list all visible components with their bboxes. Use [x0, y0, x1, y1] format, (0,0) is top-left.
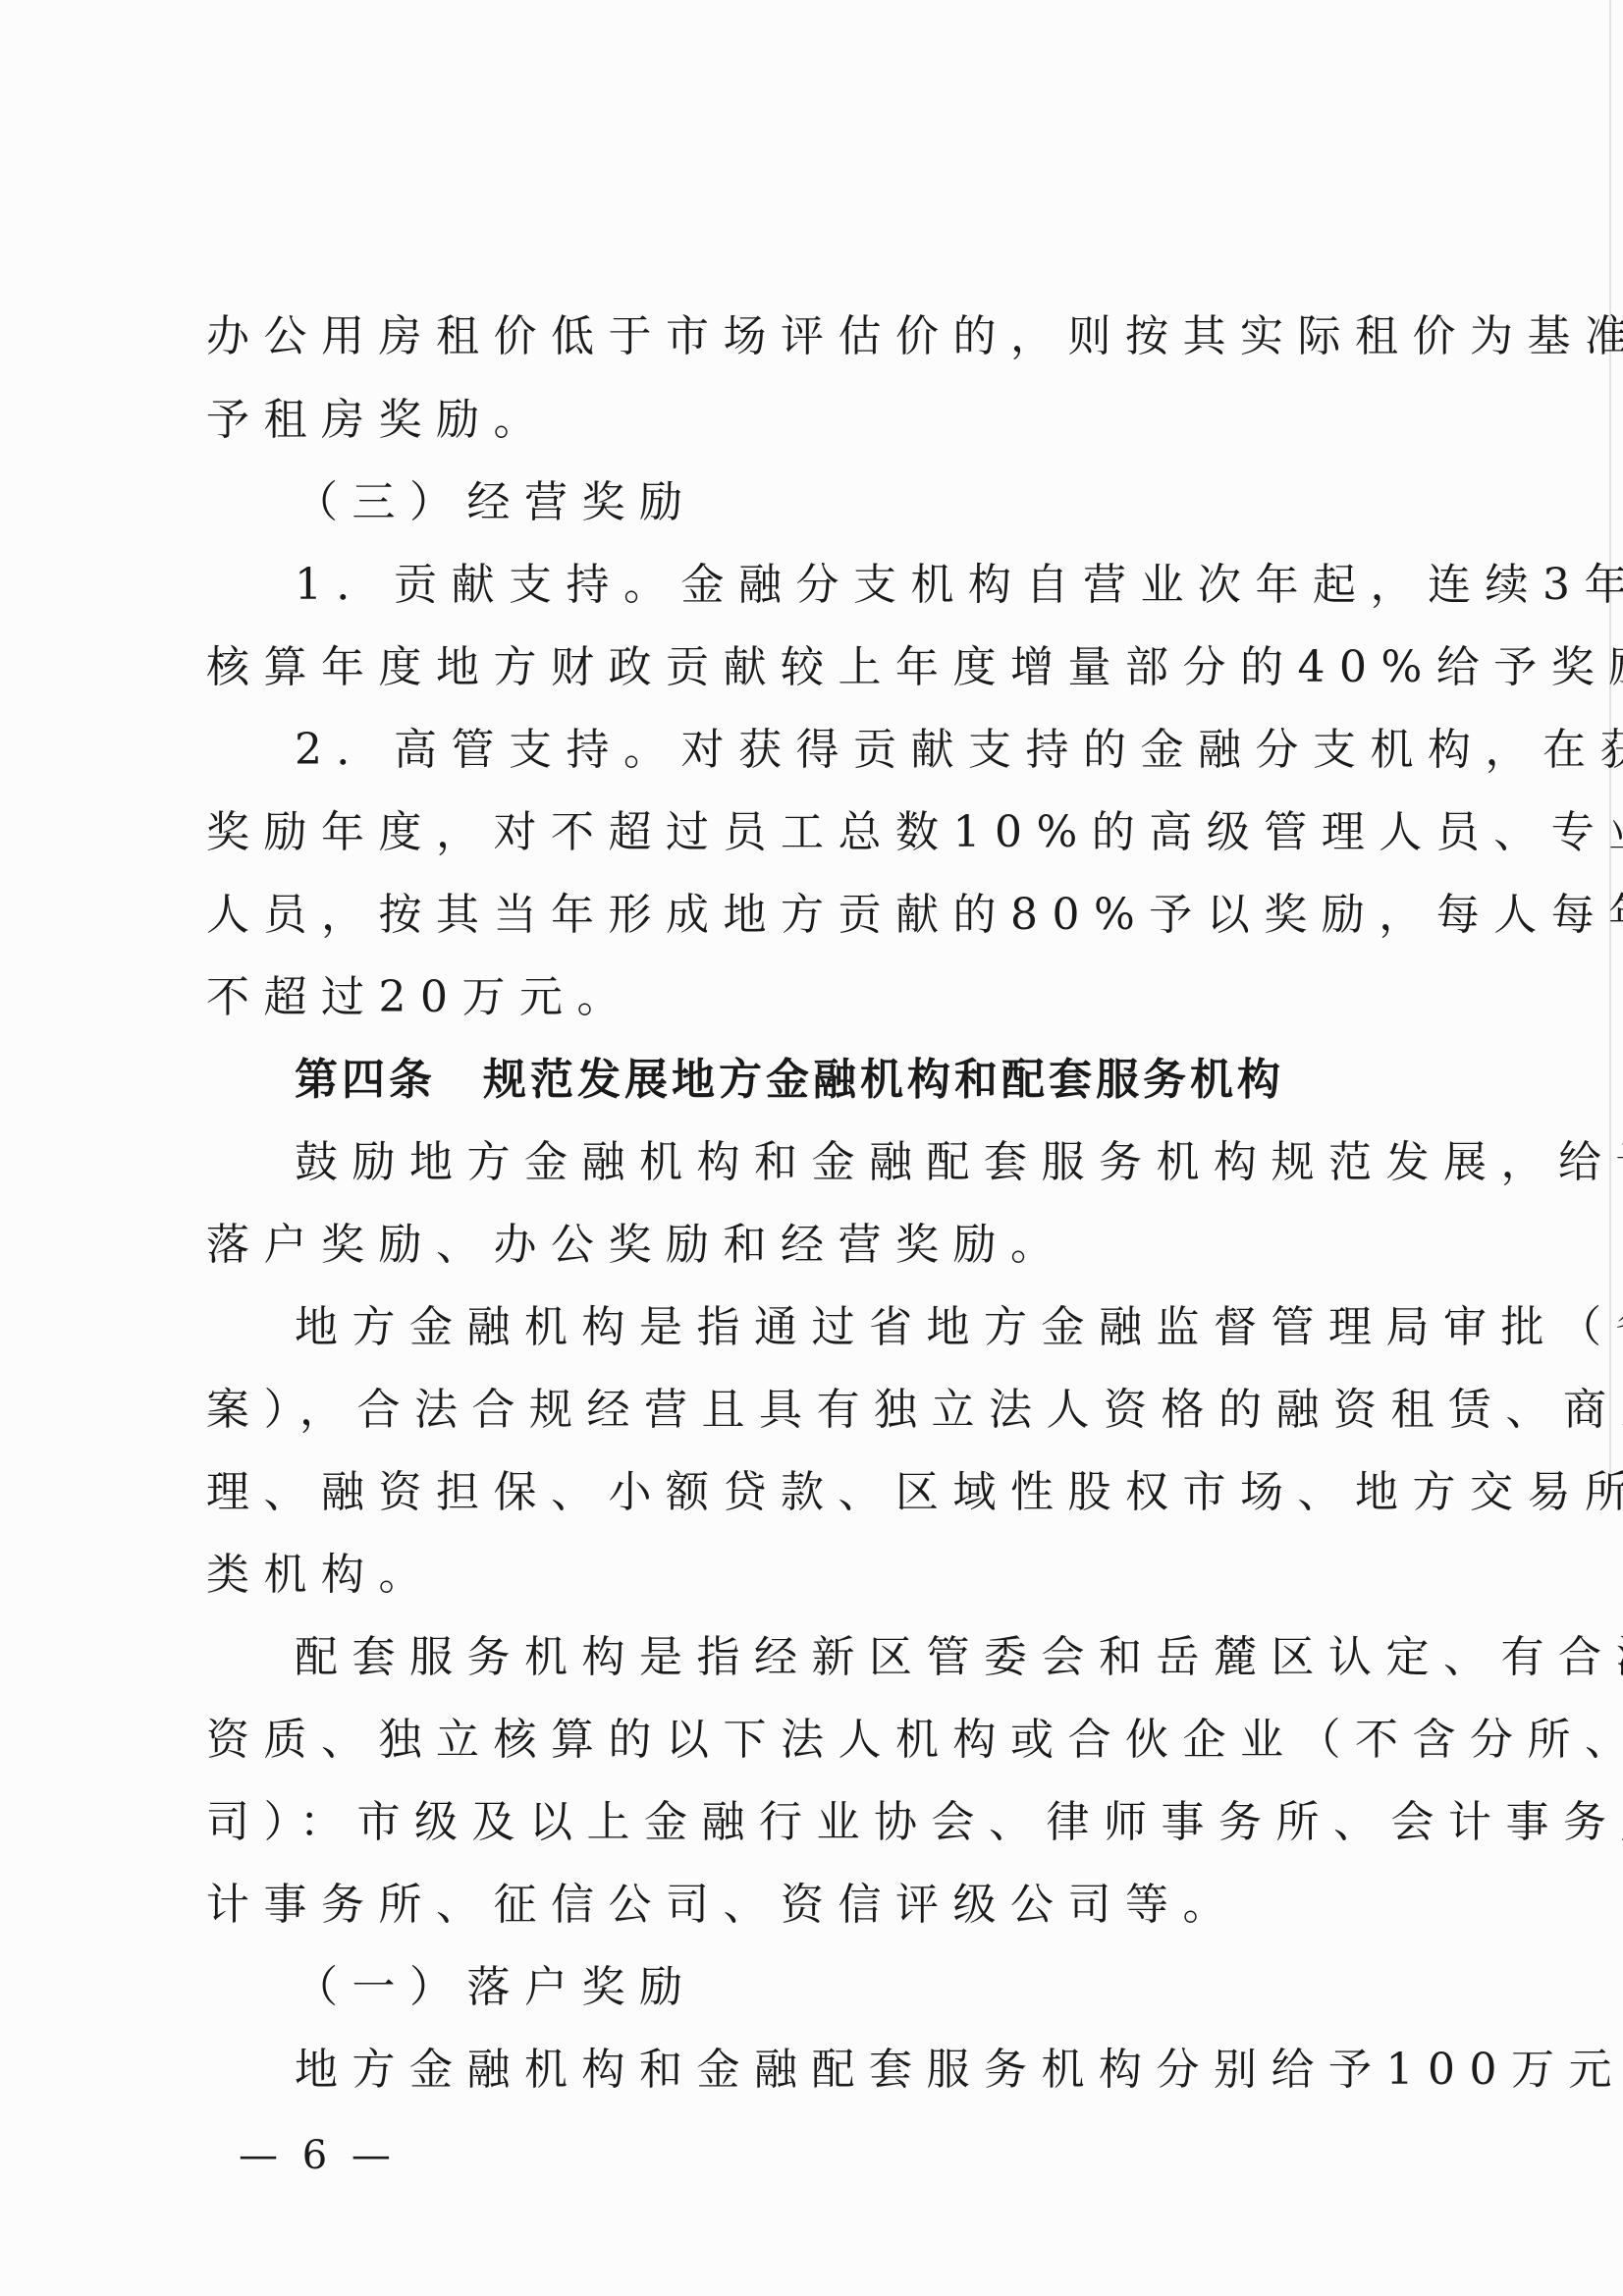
text-line: 配套服务机构是指经新区管委会和岳麓区认定、有合法: [295, 1630, 1409, 1685]
text-line: 计事务所、征信公司、资信评级公司等。: [206, 1878, 1409, 1933]
text-line: 奖励年度，对不超过员工总数10%的高级管理人员、专业技术: [206, 805, 1409, 860]
document-page: 办公用房租价低于市场评估价的，则按其实际租价为基准给 予租房奖励。 （三）经营奖…: [0, 0, 1623, 2296]
page-number: — 6 —: [239, 2133, 397, 2178]
text-line: 理、融资担保、小额贷款、区域性股权市场、地方交易所等6: [206, 1465, 1409, 1520]
text-line: 落户奖励、办公奖励和经营奖励。: [206, 1218, 1409, 1273]
text-line: 不超过20万元。: [206, 970, 1409, 1025]
text-line: 人员，按其当年形成地方贡献的80%予以奖励，每人每年最高: [206, 888, 1409, 943]
text-line: 鼓励地方金融机构和金融配套服务机构规范发展，给予: [295, 1135, 1409, 1190]
text-line: 办公用房租价低于市场评估价的，则按其实际租价为基准给: [206, 309, 1409, 364]
section-heading: （一）落户奖励: [295, 1960, 1409, 2015]
text-line: 地方金融机构是指通过省地方金融监督管理局审批（备: [295, 1300, 1409, 1355]
text-line: 予租房奖励。: [206, 393, 1409, 448]
section-heading: （三）经营奖励: [295, 475, 1409, 530]
text-line: 地方金融机构和金融配套服务机构分别给予100万元、50: [295, 2043, 1409, 2098]
text-line: 2．高管支持。对获得贡献支持的金融分支机构，在获得: [295, 723, 1409, 778]
text-line: 司）：市级及以上金融行业协会、律师事务所、会计事务所、审: [206, 1795, 1409, 1850]
text-line: 1．贡献支持。金融分支机构自营业次年起，连续3年按照: [295, 558, 1409, 613]
text-line: 案），合法合规经营且具有独立法人资格的融资租赁、商业保: [206, 1383, 1409, 1438]
text-line: 资质、独立核算的以下法人机构或合伙企业（不含分所、分公: [206, 1713, 1409, 1768]
text-line: 类机构。: [206, 1548, 1409, 1603]
article-heading: 第四条 规范发展地方金融机构和配套服务机构: [295, 1053, 1409, 1108]
text-line: 核算年度地方财政贡献较上年度增量部分的40%给予奖励。: [206, 640, 1409, 695]
